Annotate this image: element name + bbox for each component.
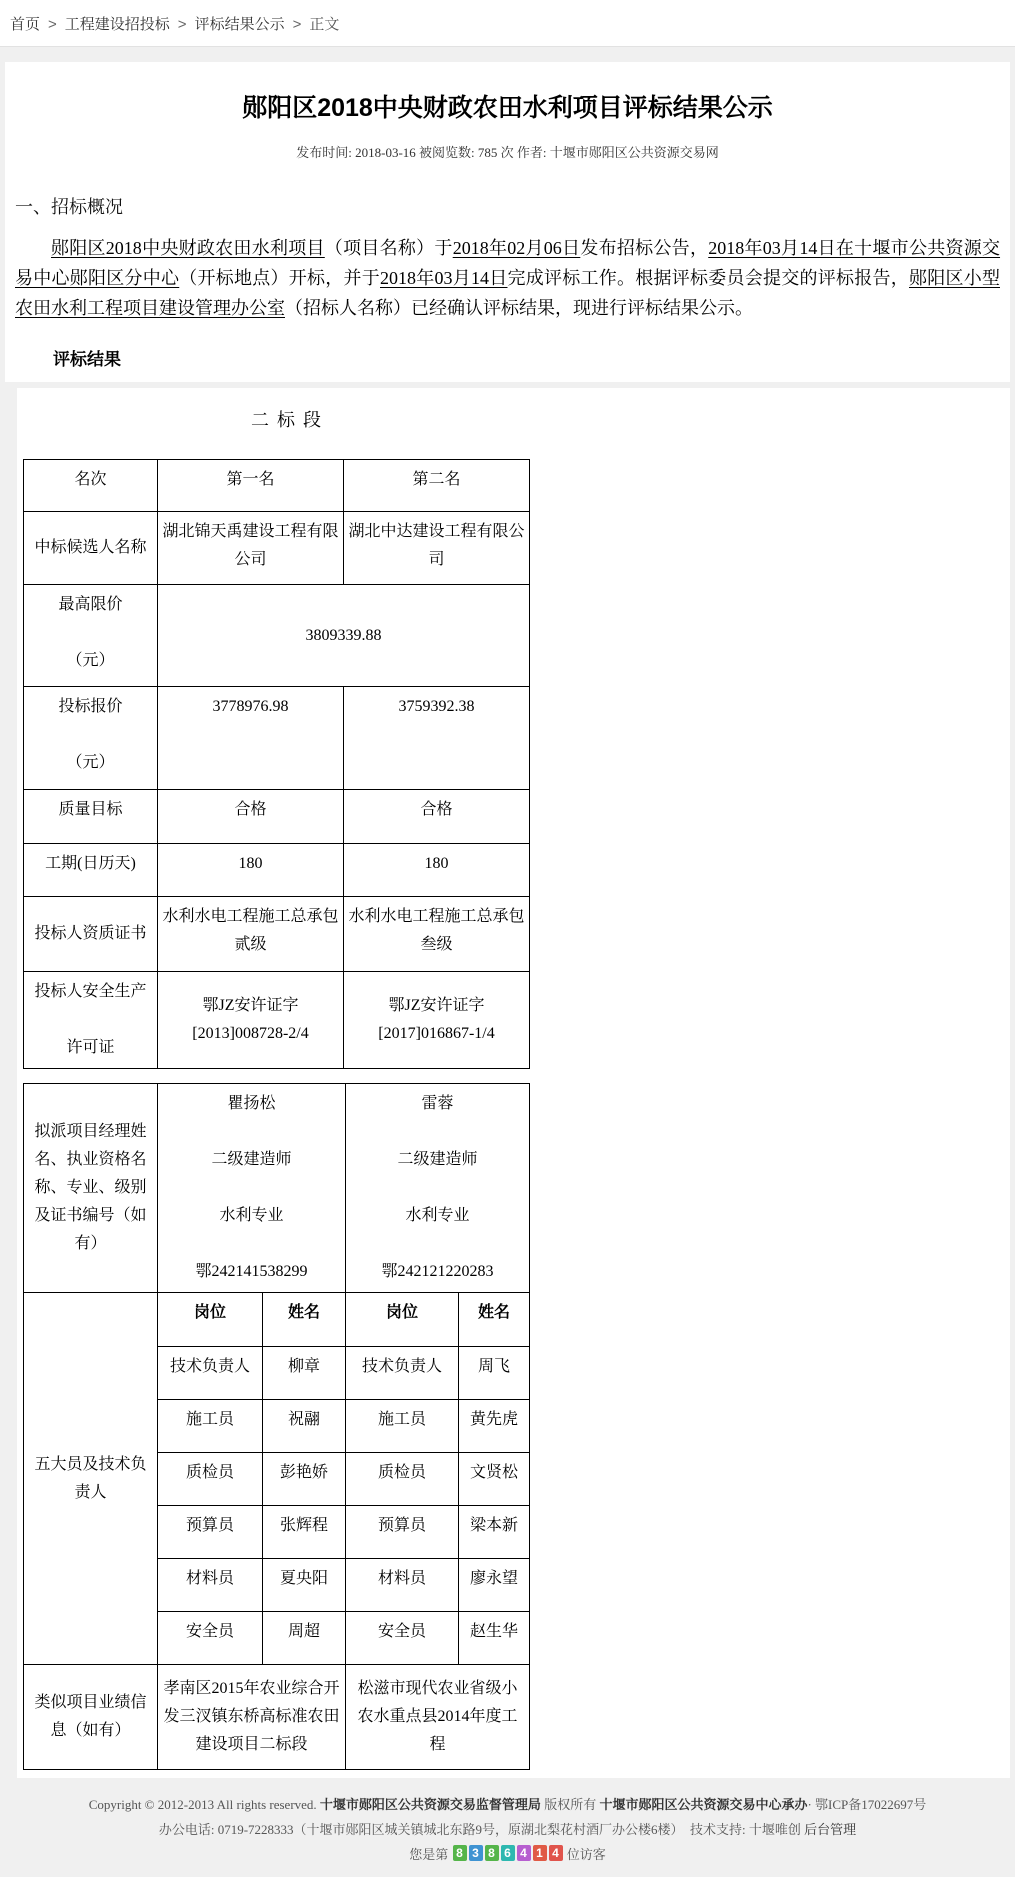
table-cell: 雷蓉 二级建造师 水利专业 鄂242121220283 xyxy=(346,1084,530,1293)
table-cell: 施工员 xyxy=(158,1400,263,1453)
breadcrumb-item: 正文 xyxy=(309,16,339,33)
counter-digit: 6 xyxy=(501,1845,515,1861)
table-cell: 廖永望 xyxy=(459,1559,530,1612)
counter-digit: 4 xyxy=(549,1845,563,1861)
table-cell: 3778976.98 xyxy=(158,687,344,790)
table-cell: 梁本新 xyxy=(459,1506,530,1559)
table-cell: 水利水电工程施工总承包叁级 xyxy=(344,897,530,972)
breadcrumb-separator: > xyxy=(293,16,302,33)
article-meta: 发布时间: 2018-03-16 被阅览数: 785 次 作者: 十堰市郧阳区公… xyxy=(15,142,1000,161)
section-heading-overview: 一、招标概况 xyxy=(15,193,1000,219)
table-cell: 姓名 xyxy=(459,1293,530,1347)
table-cell: 周超 xyxy=(263,1612,346,1665)
plain-text: （项目名称）于 xyxy=(325,238,453,258)
table-cell: 合格 xyxy=(344,790,530,844)
table-cell: 鄂JZ安许证字 [2013]008728-2/4 xyxy=(158,972,344,1069)
result-heading: 评标结果 xyxy=(15,345,1000,370)
table-row: 五大员及技术负责人岗位姓名岗位姓名 xyxy=(24,1293,530,1347)
table-cell: 安全员 xyxy=(346,1612,459,1665)
table-cell: 赵生华 xyxy=(459,1612,530,1665)
plain-text: （招标人名称）已经确认评标结果，现进行评标结果公示。 xyxy=(285,298,753,318)
result-card: 二标段 名次第一名第二名中标候选人名称湖北锦天禹建设工程有限公司湖北中达建设工程… xyxy=(17,388,1010,1778)
table-cell: 投标报价 （元） xyxy=(24,687,158,790)
breadcrumb: 首页>工程建设招投标>评标结果公示>正文 xyxy=(10,13,339,34)
table-cell: 岗位 xyxy=(346,1293,459,1347)
plain-text: 完成评标工作。根据评标委员会提交的评标报告， xyxy=(508,268,910,288)
table-cell: 材料员 xyxy=(346,1559,459,1612)
table-cell: 柳章 xyxy=(263,1347,346,1400)
table-cell: 文贤松 xyxy=(459,1453,530,1506)
counter-digit: 1 xyxy=(533,1845,547,1861)
counter-digit: 8 xyxy=(485,1845,499,1861)
breadcrumb-item[interactable]: 评标结果公示 xyxy=(195,16,285,33)
underlined-text: 2018年03月14日 xyxy=(380,268,508,288)
breadcrumb-item[interactable]: 首页 xyxy=(10,16,40,33)
footer-text: 版权所有 xyxy=(541,1797,600,1812)
counter-suffix: 位访客 xyxy=(567,1847,606,1862)
footer-text: Copyright © 2012-2013 All rights reserve… xyxy=(89,1797,320,1812)
plain-text: （开标地点）开标，并于 xyxy=(179,268,380,288)
table-cell: 夏央阳 xyxy=(263,1559,346,1612)
table-row: 名次第一名第二名 xyxy=(24,460,530,512)
counter-digit: 8 xyxy=(453,1845,467,1861)
table-cell: 180 xyxy=(158,844,344,897)
table-cell: 鄂JZ安许证字 [2017]016867-1/4 xyxy=(344,972,530,1069)
table-cell: 质量目标 xyxy=(24,790,158,844)
table-cell: 湖北锦天禹建设工程有限公司 xyxy=(158,512,344,585)
table-cell: 最高限价 （元） xyxy=(24,585,158,687)
admin-link[interactable]: 后台管理 xyxy=(804,1822,856,1837)
table-cell: 3759392.38 xyxy=(344,687,530,790)
table-row: 投标人资质证书水利水电工程施工总承包贰级水利水电工程施工总承包叁级 xyxy=(24,897,530,972)
table-cell: 水利水电工程施工总承包贰级 xyxy=(158,897,344,972)
table-cell: 五大员及技术负责人 xyxy=(24,1293,158,1665)
page-footer: Copyright © 2012-2013 All rights reserve… xyxy=(0,1778,1015,1877)
table-cell: 松滋市现代农业省级小农水重点县2014年度工程 xyxy=(346,1665,530,1770)
table-cell: 黄先虎 xyxy=(459,1400,530,1453)
overview-paragraph: 郧阳区2018中央财政农田水利项目（项目名称）于2018年02月06日发布招标公… xyxy=(15,233,1000,323)
table-cell: 投标人资质证书 xyxy=(24,897,158,972)
table-cell: 施工员 xyxy=(346,1400,459,1453)
counter-digit: 4 xyxy=(517,1845,531,1861)
table-row: 工期(日历天)180180 xyxy=(24,844,530,897)
table-row: 投标报价 （元）3778976.983759392.38 xyxy=(24,687,530,790)
article-card: 郧阳区2018中央财政农田水利项目评标结果公示 发布时间: 2018-03-16… xyxy=(5,62,1010,382)
table-cell: 中标候选人名称 xyxy=(24,512,158,585)
table-cell: 预算员 xyxy=(346,1506,459,1559)
table-cell: 姓名 xyxy=(263,1293,346,1347)
table-cell: 第二名 xyxy=(344,460,530,512)
breadcrumb-bar: 首页>工程建设招投标>评标结果公示>正文 xyxy=(0,0,1015,47)
table-cell: 第一名 xyxy=(158,460,344,512)
breadcrumb-separator: > xyxy=(48,16,57,33)
breadcrumb-separator: > xyxy=(178,16,187,33)
footer-text: · 鄂ICP备17022697号 xyxy=(807,1797,926,1812)
bid-table-main: 名次第一名第二名中标候选人名称湖北锦天禹建设工程有限公司湖北中达建设工程有限公司… xyxy=(23,459,530,1069)
table-cell: 材料员 xyxy=(158,1559,263,1612)
table-cell: 3809339.88 xyxy=(158,585,530,687)
breadcrumb-item[interactable]: 工程建设招投标 xyxy=(65,16,170,33)
table-cell: 祝翮 xyxy=(263,1400,346,1453)
page-title: 郧阳区2018中央财政农田水利项目评标结果公示 xyxy=(15,88,1000,124)
table-row: 质量目标合格合格 xyxy=(24,790,530,844)
table-cell: 质检员 xyxy=(346,1453,459,1506)
table-cell: 技术负责人 xyxy=(158,1347,263,1400)
table-cell: 投标人安全生产 许可证 xyxy=(24,972,158,1069)
underlined-text: 2018年02月06日 xyxy=(453,238,581,258)
table-cell: 安全员 xyxy=(158,1612,263,1665)
table-cell: 瞿扬松 二级建造师 水利专业 鄂242141538299 xyxy=(158,1084,346,1293)
table-cell: 质检员 xyxy=(158,1453,263,1506)
table-cell: 湖北中达建设工程有限公司 xyxy=(344,512,530,585)
table-row: 拟派项目经理姓名、执业资格名称、专业、级别及证书编号（如有）瞿扬松 二级建造师 … xyxy=(24,1084,530,1293)
table-row: 最高限价 （元）3809339.88 xyxy=(24,585,530,687)
table-cell: 孝南区2015年农业综合开发三汊镇东桥高标准农田建设项目二标段 xyxy=(158,1665,346,1770)
footer-text: 十堰市郧阳区公共资源交易中心承办 xyxy=(599,1797,807,1812)
footer-text: 十堰市郧阳区公共资源交易监督管理局 xyxy=(320,1797,541,1812)
footer-text: 办公电话: 0719-7228333（十堰市郧阳区城关镇城北东路9号，原湖北梨花… xyxy=(159,1822,804,1837)
underlined-text: 郧阳区2018中央财政农田水利项目 xyxy=(51,238,325,258)
visitor-counter: 您是第 8386414 位访客 xyxy=(0,1842,1015,1867)
table-cell: 张辉程 xyxy=(263,1506,346,1559)
counter-digit: 3 xyxy=(469,1845,483,1861)
segment-label: 二标段 xyxy=(251,406,1010,432)
table-cell: 预算员 xyxy=(158,1506,263,1559)
table-cell: 180 xyxy=(344,844,530,897)
table-cell: 周飞 xyxy=(459,1347,530,1400)
plain-text: 发布招标公告， xyxy=(580,238,708,258)
table-cell: 彭艳娇 xyxy=(263,1453,346,1506)
bid-table-staff: 拟派项目经理姓名、执业资格名称、专业、级别及证书编号（如有）瞿扬松 二级建造师 … xyxy=(23,1083,530,1770)
table-cell: 工期(日历天) xyxy=(24,844,158,897)
table-cell: 名次 xyxy=(24,460,158,512)
table-row: 类似项目业绩信息（如有）孝南区2015年农业综合开发三汊镇东桥高标准农田建设项目… xyxy=(24,1665,530,1770)
table-cell: 合格 xyxy=(158,790,344,844)
table-cell: 拟派项目经理姓名、执业资格名称、专业、级别及证书编号（如有） xyxy=(24,1084,158,1293)
footer-copyright-line: Copyright © 2012-2013 All rights reserve… xyxy=(0,1792,1015,1817)
table-row: 投标人安全生产 许可证鄂JZ安许证字 [2013]008728-2/4鄂JZ安许… xyxy=(24,972,530,1069)
table-cell: 技术负责人 xyxy=(346,1347,459,1400)
counter-prefix: 您是第 xyxy=(409,1847,448,1862)
table-row: 中标候选人名称湖北锦天禹建设工程有限公司湖北中达建设工程有限公司 xyxy=(24,512,530,585)
table-cell: 类似项目业绩信息（如有） xyxy=(24,1665,158,1770)
table-cell: 岗位 xyxy=(158,1293,263,1347)
counter-digits: 8386414 xyxy=(452,1847,564,1862)
footer-contact-line: 办公电话: 0719-7228333（十堰市郧阳区城关镇城北东路9号，原湖北梨花… xyxy=(0,1817,1015,1842)
